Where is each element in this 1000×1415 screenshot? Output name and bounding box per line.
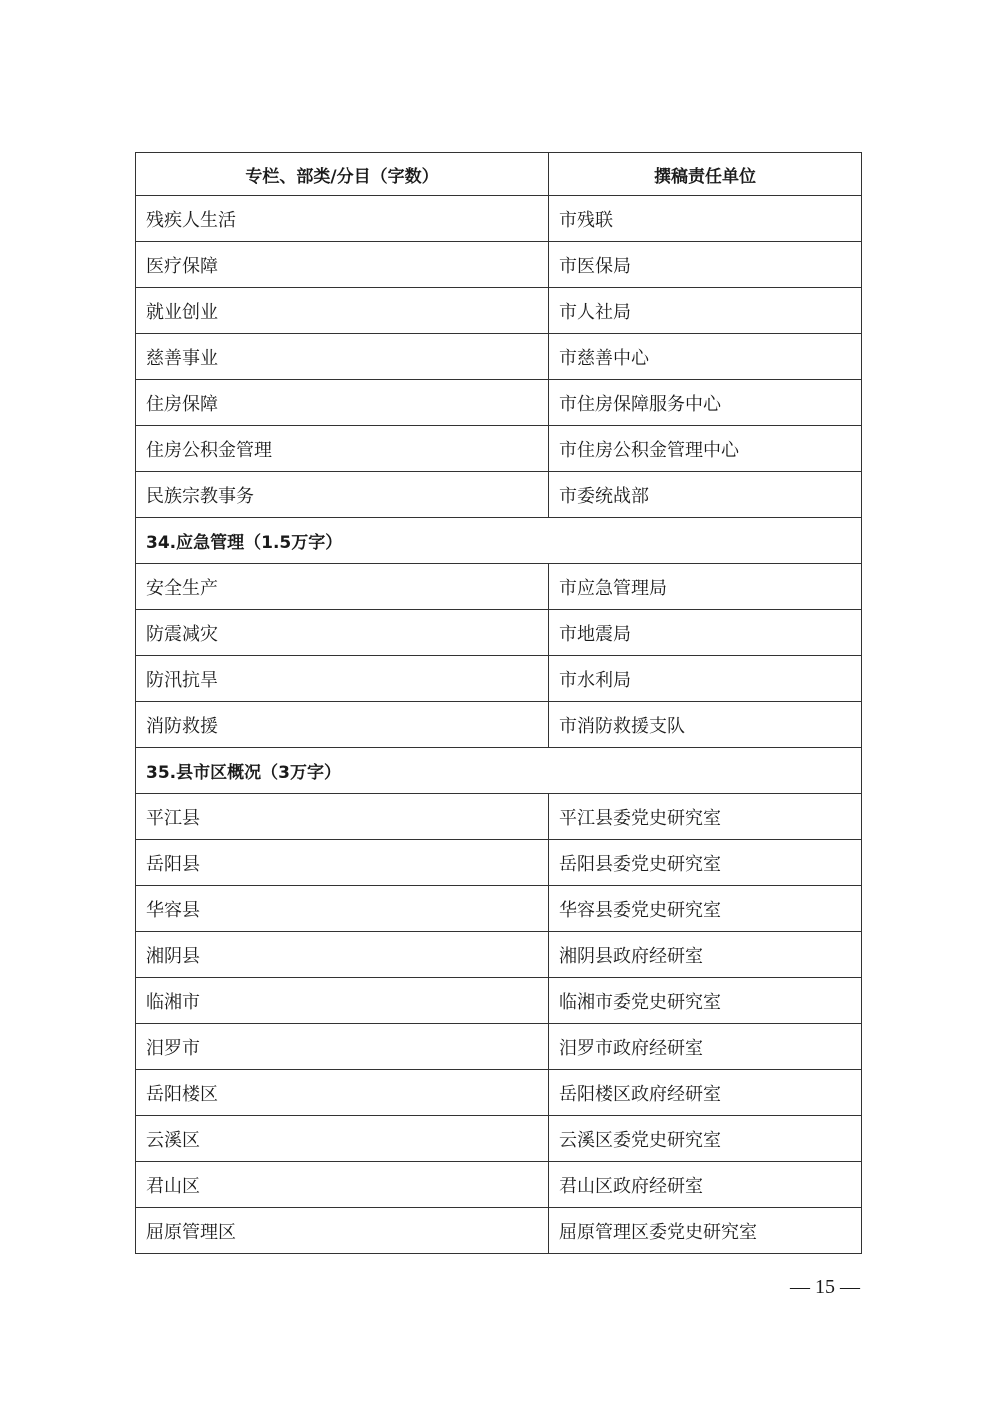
table-row: 屈原管理区屈原管理区委党史研究室 [136,1208,862,1254]
responsible-unit-cell: 云溪区委党史研究室 [549,1116,862,1162]
responsible-unit-cell: 屈原管理区委党史研究室 [549,1208,862,1254]
category-cell: 慈善事业 [136,334,549,380]
responsible-unit-cell: 市住房公积金管理中心 [549,426,862,472]
category-cell: 君山区 [136,1162,549,1208]
category-cell: 住房保障 [136,380,549,426]
table-row: 住房公积金管理市住房公积金管理中心 [136,426,862,472]
table-row: 残疾人生活市残联 [136,196,862,242]
table-row: 住房保障市住房保障服务中心 [136,380,862,426]
table-row: 岳阳县岳阳县委党史研究室 [136,840,862,886]
table-row: 汨罗市汨罗市政府经研室 [136,1024,862,1070]
column-header-responsible-unit: 撰稿责任单位 [549,153,862,196]
category-cell: 云溪区 [136,1116,549,1162]
responsible-unit-cell: 市人社局 [549,288,862,334]
category-cell: 岳阳楼区 [136,1070,549,1116]
table-row: 民族宗教事务市委统战部 [136,472,862,518]
responsible-unit-cell: 汨罗市政府经研室 [549,1024,862,1070]
responsible-unit-cell: 市地震局 [549,610,862,656]
section-title: 35.县市区概况（3万字） [136,748,862,794]
section-row: 34.应急管理（1.5万字） [136,518,862,564]
responsible-unit-cell: 临湘市委党史研究室 [549,978,862,1024]
table-row: 临湘市临湘市委党史研究室 [136,978,862,1024]
category-cell: 消防救援 [136,702,549,748]
responsible-unit-cell: 君山区政府经研室 [549,1162,862,1208]
category-cell: 平江县 [136,794,549,840]
table-row: 消防救援市消防救援支队 [136,702,862,748]
category-cell: 防震减灾 [136,610,549,656]
table-header-row: 专栏、部类/分目（字数） 撰稿责任单位 [136,153,862,196]
responsible-unit-cell: 华容县委党史研究室 [549,886,862,932]
table-row: 医疗保障市医保局 [136,242,862,288]
responsible-unit-cell: 市消防救援支队 [549,702,862,748]
responsible-unit-cell: 市慈善中心 [549,334,862,380]
category-cell: 华容县 [136,886,549,932]
table-row: 湘阴县湘阴县政府经研室 [136,932,862,978]
responsible-unit-cell: 湘阴县政府经研室 [549,932,862,978]
table-row: 华容县华容县委党史研究室 [136,886,862,932]
table-row: 云溪区云溪区委党史研究室 [136,1116,862,1162]
category-cell: 医疗保障 [136,242,549,288]
category-cell: 汨罗市 [136,1024,549,1070]
category-cell: 湘阴县 [136,932,549,978]
category-cell: 残疾人生活 [136,196,549,242]
responsibility-table: 专栏、部类/分目（字数） 撰稿责任单位 残疾人生活市残联医疗保障市医保局就业创业… [135,152,862,1254]
responsible-unit-cell: 市委统战部 [549,472,862,518]
table-row: 防震减灾市地震局 [136,610,862,656]
page-number: — 15 — [760,1276,860,1299]
category-cell: 住房公积金管理 [136,426,549,472]
responsible-unit-cell: 市应急管理局 [549,564,862,610]
table-row: 就业创业市人社局 [136,288,862,334]
responsible-unit-cell: 市医保局 [549,242,862,288]
section-row: 35.县市区概况（3万字） [136,748,862,794]
responsible-unit-cell: 市水利局 [549,656,862,702]
table-row: 慈善事业市慈善中心 [136,334,862,380]
responsible-unit-cell: 市残联 [549,196,862,242]
table-row: 岳阳楼区岳阳楼区政府经研室 [136,1070,862,1116]
category-cell: 屈原管理区 [136,1208,549,1254]
responsible-unit-cell: 岳阳县委党史研究室 [549,840,862,886]
category-cell: 就业创业 [136,288,549,334]
responsible-unit-cell: 岳阳楼区政府经研室 [549,1070,862,1116]
table-row: 防汛抗旱市水利局 [136,656,862,702]
section-title: 34.应急管理（1.5万字） [136,518,862,564]
table-body: 残疾人生活市残联医疗保障市医保局就业创业市人社局慈善事业市慈善中心住房保障市住房… [136,196,862,1254]
category-cell: 防汛抗旱 [136,656,549,702]
table-row: 君山区君山区政府经研室 [136,1162,862,1208]
category-cell: 安全生产 [136,564,549,610]
table-row: 平江县平江县委党史研究室 [136,794,862,840]
column-header-category: 专栏、部类/分目（字数） [136,153,549,196]
category-cell: 岳阳县 [136,840,549,886]
responsible-unit-cell: 市住房保障服务中心 [549,380,862,426]
category-cell: 民族宗教事务 [136,472,549,518]
table-row: 安全生产市应急管理局 [136,564,862,610]
document-page: 专栏、部类/分目（字数） 撰稿责任单位 残疾人生活市残联医疗保障市医保局就业创业… [0,0,1000,1415]
category-cell: 临湘市 [136,978,549,1024]
responsible-unit-cell: 平江县委党史研究室 [549,794,862,840]
